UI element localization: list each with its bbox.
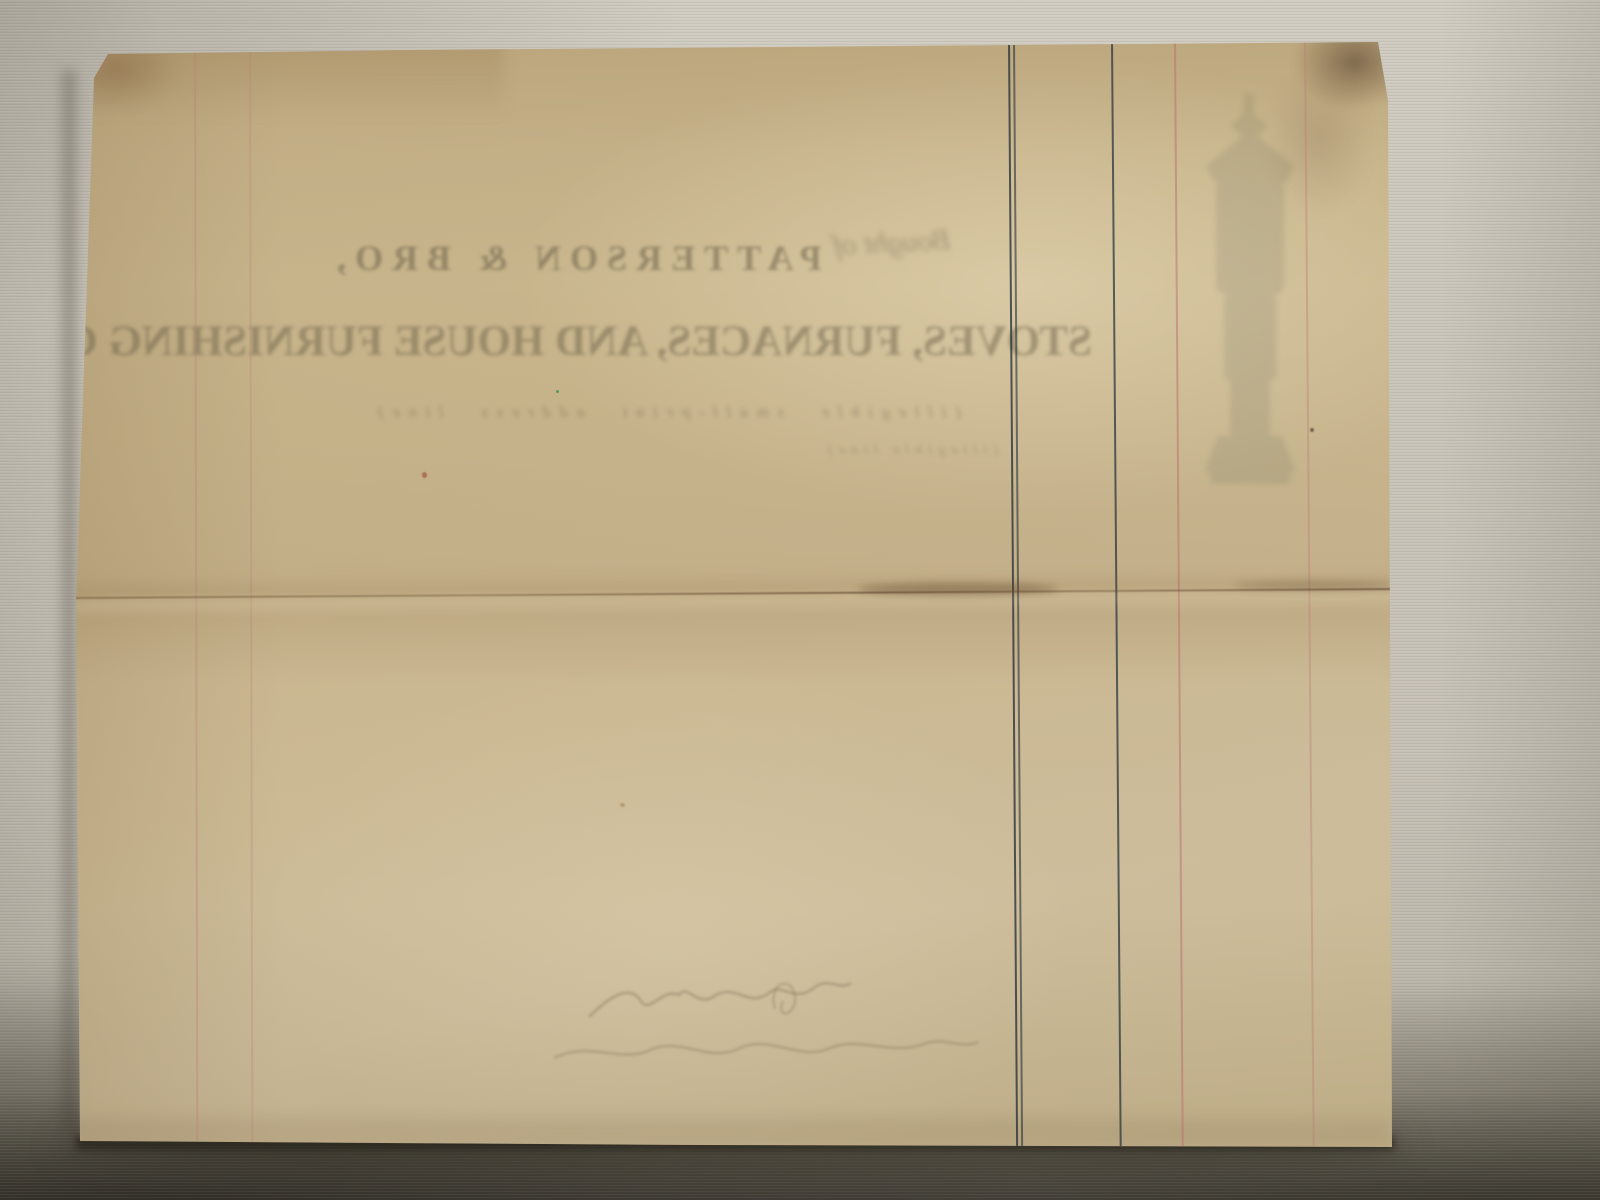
fold-layer — [74, 40, 1392, 1150]
fold-crease-smudge-2 — [1234, 581, 1394, 590]
fold-crease-smudge-1 — [858, 583, 1058, 595]
paper-sheet: PATTERSON & BRO, Bought of STOVES, FURNA… — [74, 40, 1392, 1150]
paper-cast-shadow-left — [62, 70, 76, 1130]
photo-background: PATTERSON & BRO, Bought of STOVES, FURNA… — [0, 0, 1600, 1200]
